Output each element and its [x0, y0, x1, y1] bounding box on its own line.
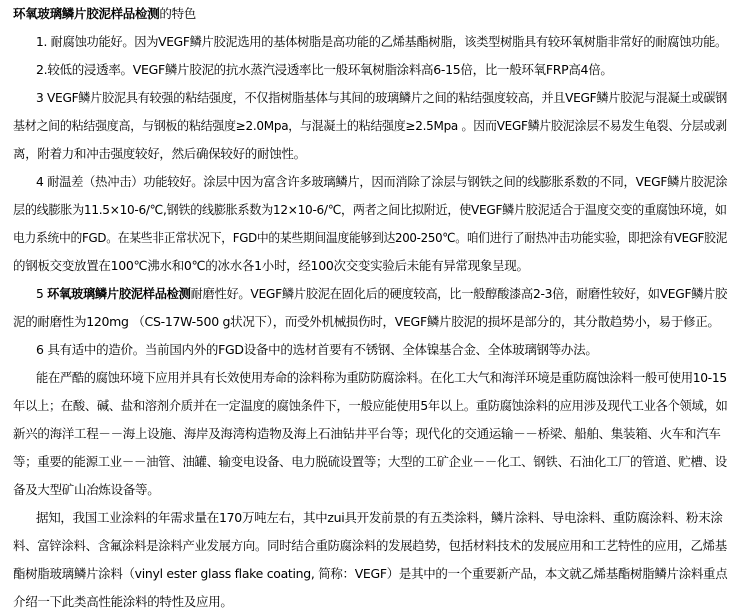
- paragraph-2-line-4: 介绍一下此类高性能涂料的特性及应用。: [13, 592, 233, 611]
- feature-3-line-1: 3 VEGF鳞片胶泥具有较强的粘结强度，不仅指树脂基体与其间的玻璃鳞片之间的粘结…: [36, 88, 727, 108]
- feature-4-line-4: 的钢板交变放置在100℃沸水和0℃的冰水各1小时，经100次交变实验后未能有异常…: [13, 256, 529, 276]
- feature-5-rest: 耐磨性好。VEGF鳞片胶泥在固化后的硬度较高，比一般醇酸漆高2-3倍，耐磨性较好…: [191, 286, 727, 301]
- paragraph-1-line-5: 备及大型矿山冶炼设备等。: [13, 480, 159, 500]
- feature-4-line-3: 电力系统中的FGD。在某些非正常状况下，FGD中的某些期间温度能够到达200-2…: [13, 228, 727, 248]
- paragraph-1-line-3: 新兴的海洋工程－－海上设施、海岸及海湾构造物及海上石油钻井平台等；现代化的交通运…: [13, 424, 721, 444]
- paragraph-2-line-3: 酯树脂玻璃鳞片涂料（vinyl ester glass flake coatin…: [13, 564, 727, 584]
- feature-1-line: 1. 耐腐蚀功能好。因为VEGF鳞片胶泥选用的基体树脂是高功能的乙烯基酯树脂，该…: [36, 32, 727, 52]
- paragraph-1-line-1: 能在严酷的腐蚀环境下应用并具有长效使用寿命的涂料称为重防防腐涂料。在化工大气和海…: [36, 368, 727, 388]
- paragraph-1-line-2: 年以上；在酸、碱、盐和溶剂介质并在一定温度的腐蚀条件下，一般应能使用5年以上。重…: [13, 396, 727, 416]
- title-normal-part: 的特色: [159, 6, 196, 21]
- feature-4-line-2: 层的线膨胀为11.5×10-6/℃,钢铁的线膨胀系数为12×10-6/℃，两者之…: [13, 200, 727, 220]
- feature-5-bold: 环氧玻璃鳞片胶泥样品检测: [47, 286, 190, 301]
- feature-3-line-3: 离，附着力和冲击强度较好，然后确保较好的耐蚀性。: [13, 144, 306, 164]
- feature-5-line-1: 5 环氧玻璃鳞片胶泥样品检测耐磨性好。VEGF鳞片胶泥在固化后的硬度较高，比一般…: [36, 284, 727, 304]
- feature-4-line-1: 4 耐温差（热冲击）功能较好。涂层中因为富含许多玻璃鳞片，因而消除了涂层与钢铁之…: [36, 172, 727, 192]
- article-title: 环氧玻璃鳞片胶泥样品检测的特色: [13, 4, 196, 24]
- paragraph-2-line-1: 据知，我国工业涂料的年需求量在170万吨左右，其中zui具开发前景的有五类涂料，…: [36, 508, 723, 528]
- feature-5-line-2: 泥的耐磨性为120mg （CS-17W-500 g状况下），而受外机械损伤时，V…: [13, 312, 720, 332]
- title-bold-part: 环氧玻璃鳞片胶泥样品检测: [13, 6, 159, 21]
- paragraph-1-line-4: 等；重要的能源工业－－油管、油罐、输变电设备、电力脱硫设置等；大型的工矿企业－－…: [13, 452, 727, 472]
- feature-5-prefix: 5: [36, 286, 47, 301]
- paragraph-2-line-2: 料、富锌涂料、含氟涂料是涂料产业发展方向。同时结合重防腐涂料的发展趋势，包括材料…: [13, 536, 727, 556]
- feature-6-line: 6 具有适中的造价。当前国内外的FGD设备中的选材首要有不锈钢、全体镍基合金、全…: [36, 340, 598, 360]
- feature-3-line-2: 基材之间的粘结强度高，与钢板的粘结强度≥2.0Mpa，与混凝土的粘结强度≥2.5…: [13, 116, 727, 136]
- feature-2-line: 2.较低的浸透率。VEGF鳞片胶泥的抗水蒸汽浸透率比一般环氧树脂涂料高6-15倍…: [36, 60, 613, 80]
